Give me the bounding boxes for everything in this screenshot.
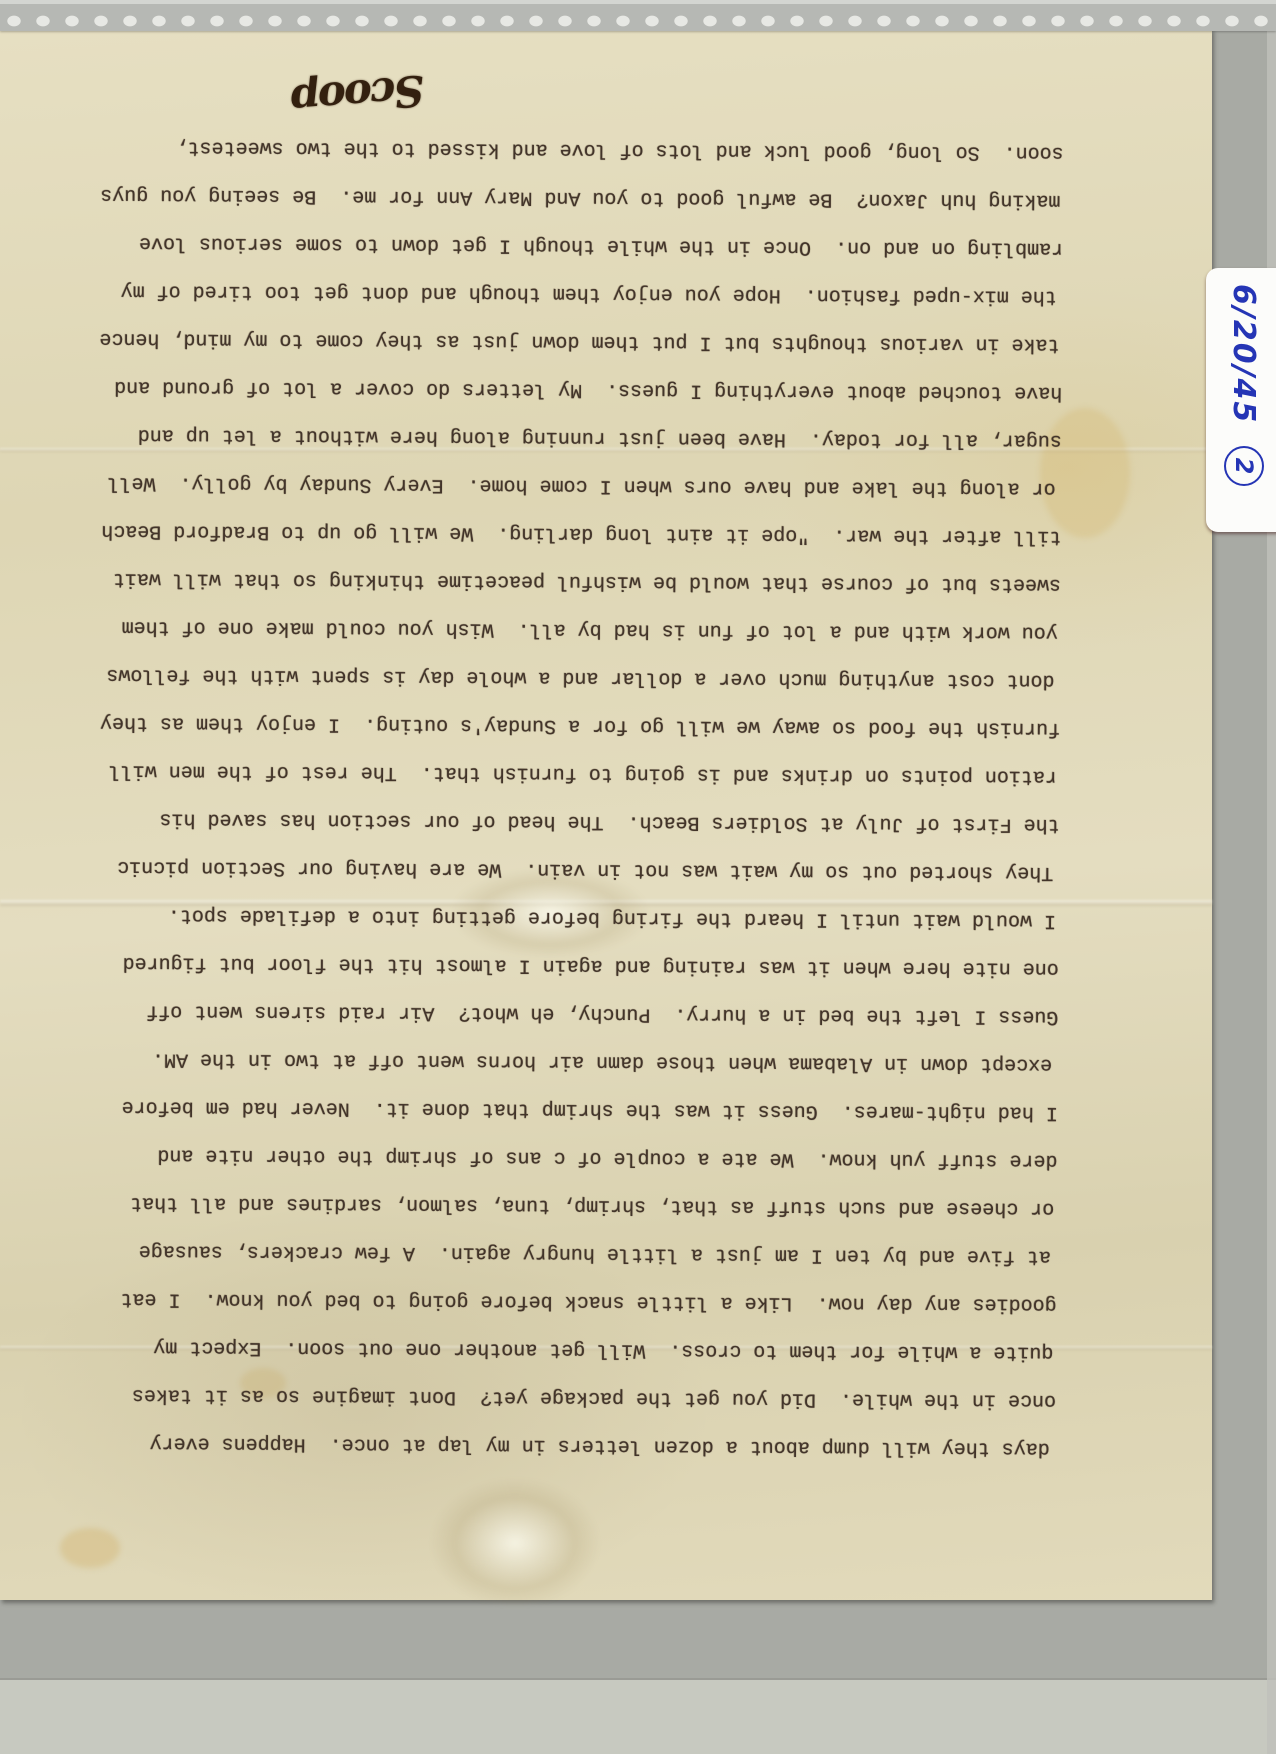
letter-line: or along the lake and have ours when I c… xyxy=(52,458,1056,512)
letter-page: days they will dump about a dozen letter… xyxy=(0,28,1212,1600)
letter-line: have touched about everything I guess. M… xyxy=(52,362,1062,416)
letter-line: ration points on drinks and is going to … xyxy=(50,746,1057,800)
letter-line: goodies any day now. Like a little snack… xyxy=(47,1274,1057,1328)
letter-line: one nite here when it was raining and ag… xyxy=(49,938,1059,992)
letter-line: days they will dump about a dozen letter… xyxy=(46,1418,1050,1472)
letter-line: sugar, all for today. Have been just run… xyxy=(52,410,1062,464)
note-page-number: 2 xyxy=(1224,446,1264,486)
letter-line: once in the while. Did you get the packa… xyxy=(46,1370,1056,1424)
letter-line: sweets but of course that would be wishf… xyxy=(51,554,1061,608)
scanner-bed-right-strip xyxy=(1267,0,1276,1754)
note-date-handwriting: 6/20/45 xyxy=(1226,284,1261,424)
perforated-edge-strip xyxy=(0,0,1276,31)
scanner-bed-lower-band xyxy=(0,1678,1276,1754)
letter-line: except down in Alabama when those damn a… xyxy=(48,1034,1052,1088)
signature-handwriting: Scoop xyxy=(291,66,426,125)
letter-line: furnish the food so away we will go for … xyxy=(50,698,1060,752)
letter-line: till after the war. "ope it aint long da… xyxy=(51,506,1061,560)
letter-line: the mix-uped fashion. Hope you enjoy the… xyxy=(53,266,1057,320)
paper-stain xyxy=(60,1528,120,1568)
letter-line: quite a while for them to cross. Will ge… xyxy=(46,1322,1053,1376)
letter-line: take in various thoughts but I put them … xyxy=(52,314,1059,368)
letter-line: making huh Jaxon? Be awful good to you A… xyxy=(53,170,1060,224)
letter-line: or cheese and such stuff as that, shrimp… xyxy=(47,1178,1054,1232)
letter-body: days they will dump about a dozen letter… xyxy=(46,67,1065,1472)
letter-line: dont cost anything much over a dollar an… xyxy=(50,650,1054,704)
letter-line: rambling on and on. Once in the while th… xyxy=(53,218,1063,272)
archival-sticky-note: 6/20/45 2 xyxy=(1206,268,1276,532)
letter-line: Guess I left the bed in a hurry. Punchy,… xyxy=(48,986,1058,1040)
paper-wrinkle xyxy=(430,1478,600,1608)
letter-line: dere stuff yuh know. We ate a couple of … xyxy=(47,1130,1057,1184)
page-number-circle: 2 xyxy=(1224,446,1264,486)
letter-line: They shorted out so my wait was not in v… xyxy=(49,842,1053,896)
letter-line: I would wait until I heard the firing be… xyxy=(49,890,1056,944)
letter-line: you work with and a lot of fun is had by… xyxy=(51,602,1058,656)
letter-line: the First of July at Soldiers Beach. The… xyxy=(50,794,1060,848)
letter-line: I had night-mares. Guess it was the shri… xyxy=(48,1082,1058,1136)
letter-line: soon. So long, good luck and lots of lov… xyxy=(54,122,1064,176)
letter-line: at five and by ten I am just a little hu… xyxy=(47,1226,1051,1280)
letter-lines: days they will dump about a dozen letter… xyxy=(46,122,1064,1472)
